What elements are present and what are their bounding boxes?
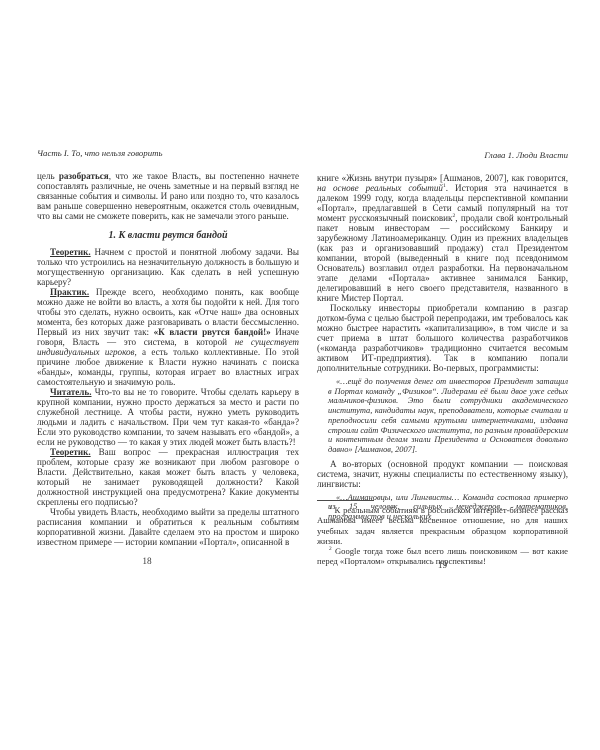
page-number-left: 18 <box>37 557 257 567</box>
dialog-paragraph-reader: Читатель. Что-то вы не то говорите. Чтоб… <box>37 387 299 447</box>
dialog-paragraph-practic: Практик. Прежде всего, необходимо понять… <box>37 287 299 387</box>
footnote-1: 1 К реальным событиям в российском интер… <box>317 505 568 546</box>
book-spread-scan: Часть I. То, что нельзя говорить цель ра… <box>0 0 600 750</box>
footnote-rule <box>317 500 374 501</box>
quote-paragraph: «…ещё до получения денег от инвесторов П… <box>328 377 568 455</box>
section-heading: 1. К власти рвутся бандой <box>37 230 299 241</box>
page-number-right: 19 <box>317 561 568 571</box>
intro-paragraph: цель разобраться, что же такое Власть, в… <box>37 171 299 221</box>
running-head-left: Часть I. То, что нельзя говорить <box>37 148 299 158</box>
closing-paragraph: Чтобы увидеть Власть, необходимо выйти з… <box>37 507 299 547</box>
body-paragraph: А во-вторых (основной продукт компании —… <box>317 459 568 489</box>
dialog-paragraph-theoretic-1: Теоретик. Начнем с простой и понятной лю… <box>37 247 299 287</box>
body-paragraph: книге «Жизнь внутри пузыря» [Ашманов, 20… <box>317 173 568 303</box>
left-page: Часть I. То, что нельзя говорить цель ра… <box>37 148 299 547</box>
body-paragraph: Поскольку инвесторы приобретали компанию… <box>317 303 568 373</box>
right-page: Глава 1. Люди Власти книге «Жизнь внутри… <box>317 150 568 526</box>
footnotes-block: 1 К реальным событиям в российском интер… <box>317 500 568 567</box>
dialog-paragraph-theoretic-2: Теоретик. Ваш вопрос — прекрасная иллюст… <box>37 447 299 507</box>
running-head-right: Глава 1. Люди Власти <box>317 150 568 160</box>
